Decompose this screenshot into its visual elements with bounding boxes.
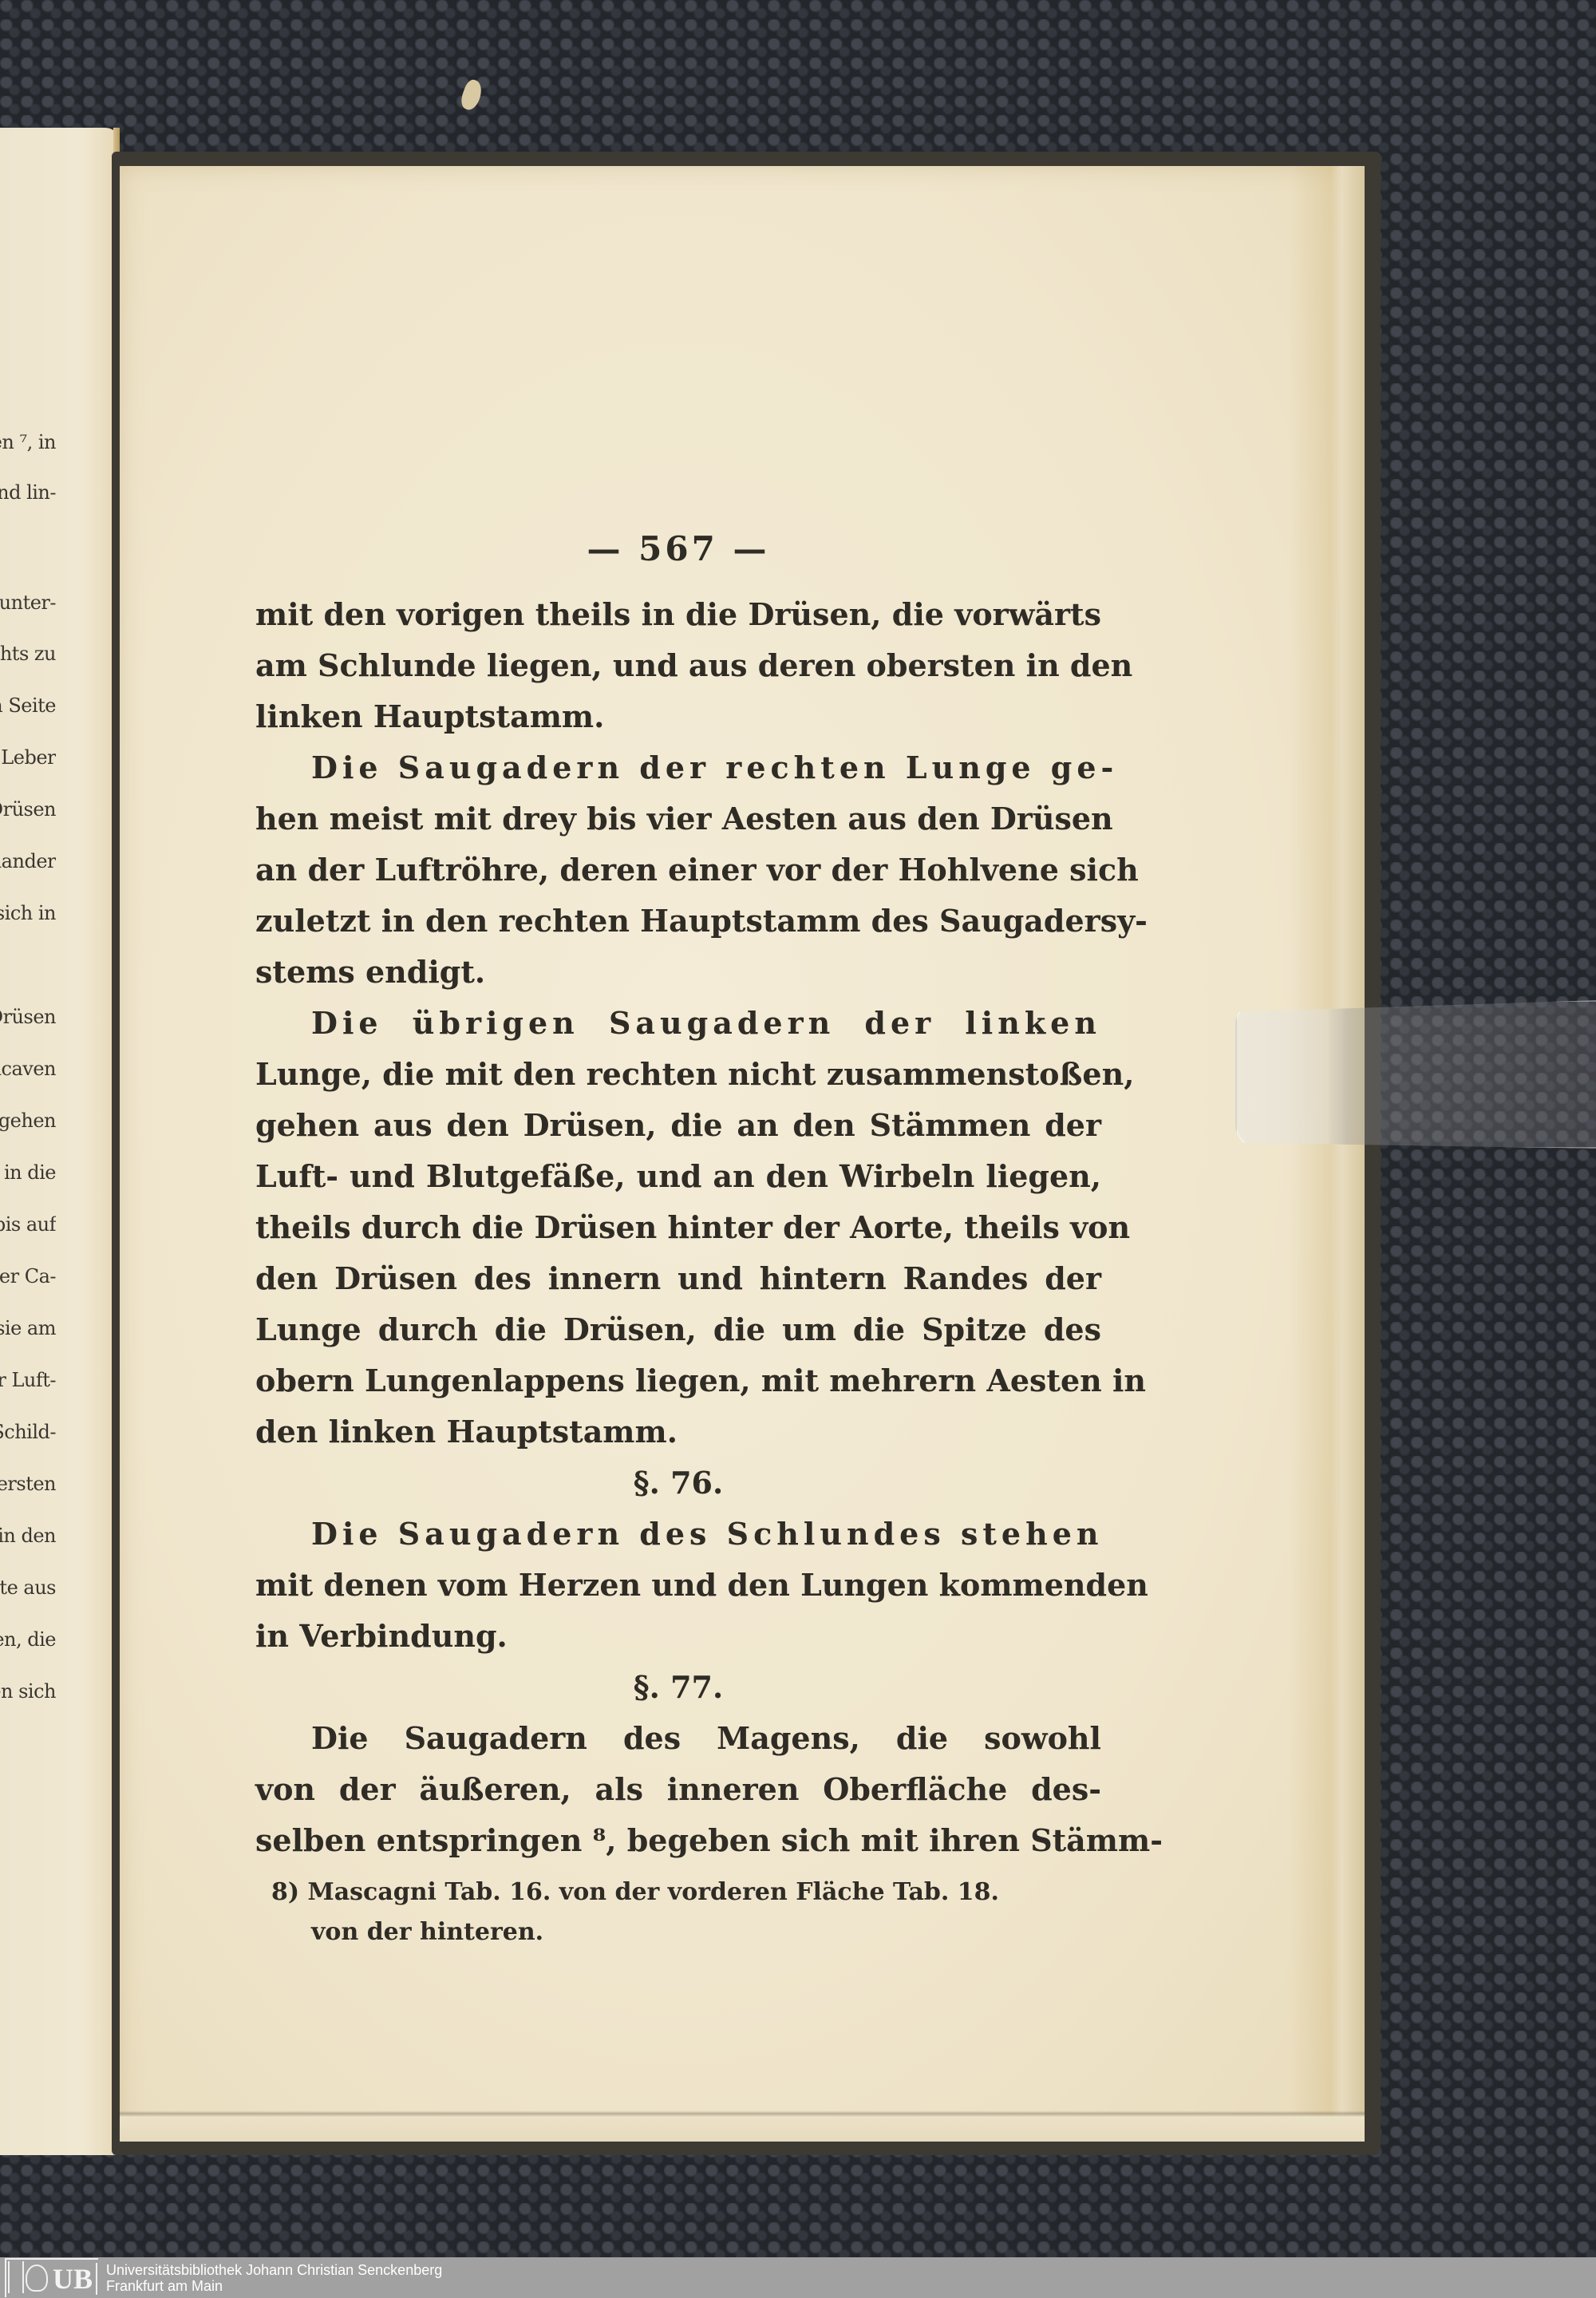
text-line: gehen aus den Drüsen, die an den Stämmen… <box>255 1100 1101 1151</box>
left-page-line: der Leber <box>0 746 56 769</box>
text-line: mit den vorigen theils in die Drüsen, di… <box>255 589 1101 640</box>
text-line: den Drüsen des innern und hintern Randes… <box>255 1253 1101 1304</box>
left-page-line: gen sich <box>0 1680 56 1703</box>
text-line: mit denen vom Herzen und den Lungen komm… <box>255 1560 1101 1611</box>
left-page-line: este unter- <box>0 591 56 614</box>
left-page-line: en ⁷, in <box>0 431 56 453</box>
left-page-line: rn sich in <box>0 902 56 924</box>
text-line: Lunge, die mit den rechten nicht zusamme… <box>255 1049 1101 1100</box>
left-page-line: untersten <box>0 1473 56 1495</box>
left-page-line: der Ca- <box>0 1265 56 1287</box>
left-page-line: ncaven <box>0 1058 56 1080</box>
text-line: Die übrigen Saugadern der linken <box>255 998 1101 1049</box>
text-line: Die Saugadern des Schlundes stehen <box>255 1509 1101 1560</box>
text-line: von der äußeren, als inneren Oberfläche … <box>255 1764 1101 1815</box>
text-line: in Verbindung. <box>255 1611 1101 1662</box>
text-line: Lunge durch die Drüsen, die um die Spitz… <box>255 1304 1101 1355</box>
text-line: am Schlunde liegen, und aus deren oberst… <box>255 640 1101 691</box>
left-page-line: leste aus <box>0 1576 56 1599</box>
left-page: en ⁷, in und lin- este unter- rechts zu … <box>0 128 120 2155</box>
text-line: theils durch die Drüsen hinter der Aorte… <box>255 1202 1101 1253</box>
text-line: an der Luftröhre, deren einer vor der Ho… <box>255 844 1101 896</box>
section-heading-76: §. 76. <box>255 1458 1101 1509</box>
text-line: den linken Hauptstamm. <box>255 1406 1101 1458</box>
library-logo: UB <box>5 2258 98 2297</box>
left-page-line: bis auf <box>0 1213 56 1236</box>
footnote-line: von der hinteren. <box>311 1912 1109 1952</box>
left-page-line: sie am <box>0 1317 56 1339</box>
left-page-line: in die <box>0 1161 56 1184</box>
left-page-line: in den <box>0 1525 56 1547</box>
right-page: — 567 — mit den vorigen theils in die Dr… <box>120 166 1365 2142</box>
left-page-line: Schild- <box>0 1421 56 1443</box>
page-number: — 567 — <box>255 529 1101 568</box>
text-line: selben entspringen ⁸, begeben sich mit i… <box>255 1815 1101 1866</box>
text-line: hen meist mit drey bis vier Aesten aus d… <box>255 793 1101 844</box>
section-heading-77: §. 77. <box>255 1662 1101 1713</box>
institution-footer-bar: UB Universitätsbibliothek Johann Christi… <box>0 2257 1596 2298</box>
left-page-line: der Luft- <box>0 1369 56 1391</box>
text-line: Die Saugadern der rechten Lunge ge- <box>255 742 1101 793</box>
institution-line-1: Universitätsbibliothek Johann Christian … <box>106 2262 442 2278</box>
text-line: Luft- und Blutgefäße, und an den Wirbeln… <box>255 1151 1101 1202</box>
left-page-text-clip: en ⁷, in und lin- este unter- rechts zu … <box>0 128 113 2155</box>
left-page-line: reinander <box>0 850 56 872</box>
text-line: obern Lungenlappens liegen, mit mehrern … <box>255 1355 1101 1406</box>
left-page-line: rechts zu <box>0 643 56 665</box>
left-page-line: ie Drüsen <box>0 798 56 821</box>
left-page-line: gehen <box>0 1109 56 1132</box>
left-page-line: sen, die <box>0 1628 56 1651</box>
logo-text: UB <box>53 2263 97 2295</box>
institution-name: Universitätsbibliothek Johann Christian … <box>106 2262 442 2294</box>
page-bottom-edge <box>120 2086 1365 2142</box>
institution-line-2: Frankfurt am Main <box>106 2278 442 2294</box>
left-page-line: Drüsen <box>0 1006 56 1028</box>
text-line: stems endigt. <box>255 947 1101 998</box>
books-icon <box>8 2261 24 2293</box>
text-line: linken Hauptstamm. <box>255 691 1101 742</box>
page-fore-edge <box>1289 166 1365 2142</box>
text-line: zuletzt in den rechten Hauptstamm des Sa… <box>255 896 1101 947</box>
left-page-line: ten Seite <box>0 694 56 717</box>
transparent-bookmark-tab <box>1235 1000 1596 1149</box>
left-page-line: und lin- <box>0 481 56 504</box>
text-line: Die Saugadern des Magens, die sowohl <box>255 1713 1101 1764</box>
footnote-line: 8) Mascagni Tab. 16. von der vorderen Fl… <box>271 1873 1069 1912</box>
portrait-bust-icon <box>26 2264 48 2292</box>
